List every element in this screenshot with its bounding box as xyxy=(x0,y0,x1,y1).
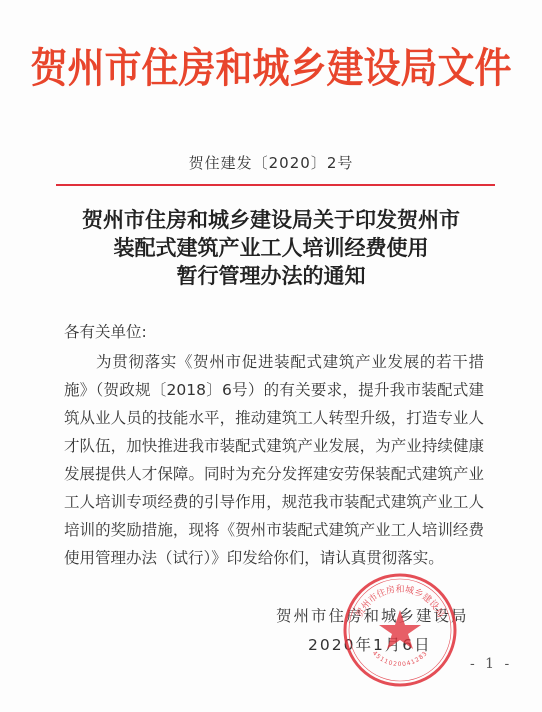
body-line: 施》（贺政规〔2018〕6号）的有关要求，提升我市装配式建 xyxy=(64,376,484,404)
salutation: 各有关单位: xyxy=(64,320,147,342)
body-line: 使用管理办法（试行）》印发给你们，请认真贯彻落实。 xyxy=(64,544,484,572)
body-line: 才队伍，加快推进我市装配式建筑产业发展，为产业持续健康 xyxy=(64,432,484,460)
title-line: 装配式建筑产业工人培训经费使用 xyxy=(0,234,542,262)
red-divider xyxy=(56,184,495,186)
body-line: 发展提供人才保障。同时为充分发挥建安劳保装配式建筑产业 xyxy=(64,460,484,488)
body-line: 工人培训专项经费的引导作用，规范我市装配式建筑产业工人 xyxy=(64,488,484,516)
body-paragraph: 为贯彻落实《贺州市促进装配式建筑产业发展的若干措 施》（贺政规〔2018〕6号）… xyxy=(64,348,484,572)
page-number: - 1 - xyxy=(470,656,512,672)
document-title: 贺州市住房和城乡建设局关于印发贺州市 装配式建筑产业工人培训经费使用 暂行管理办… xyxy=(0,206,542,290)
masthead-title: 贺州市住房和城乡建设局文件 xyxy=(0,44,542,95)
body-line: 培训的奖励措施，现将《贺州市装配式建筑产业工人培训经费 xyxy=(64,516,484,544)
issue-date: 2020年1月6日 xyxy=(308,633,432,655)
official-seal-icon: 贺州市住房和城乡建设局 4511020041283 xyxy=(342,572,458,688)
body-line: 筑从业人员的技能水平，推动建筑工人转型升级，打造专业人 xyxy=(64,404,484,432)
body-line: 为贯彻落实《贺州市促进装配式建筑产业发展的若干措 xyxy=(64,348,484,376)
title-line: 暂行管理办法的通知 xyxy=(0,262,542,290)
issuer-signature: 贺州市住房和城乡建设局 xyxy=(276,604,469,626)
document-number: 贺住建发〔2020〕2号 xyxy=(0,152,542,173)
title-line: 贺州市住房和城乡建设局关于印发贺州市 xyxy=(0,206,542,234)
